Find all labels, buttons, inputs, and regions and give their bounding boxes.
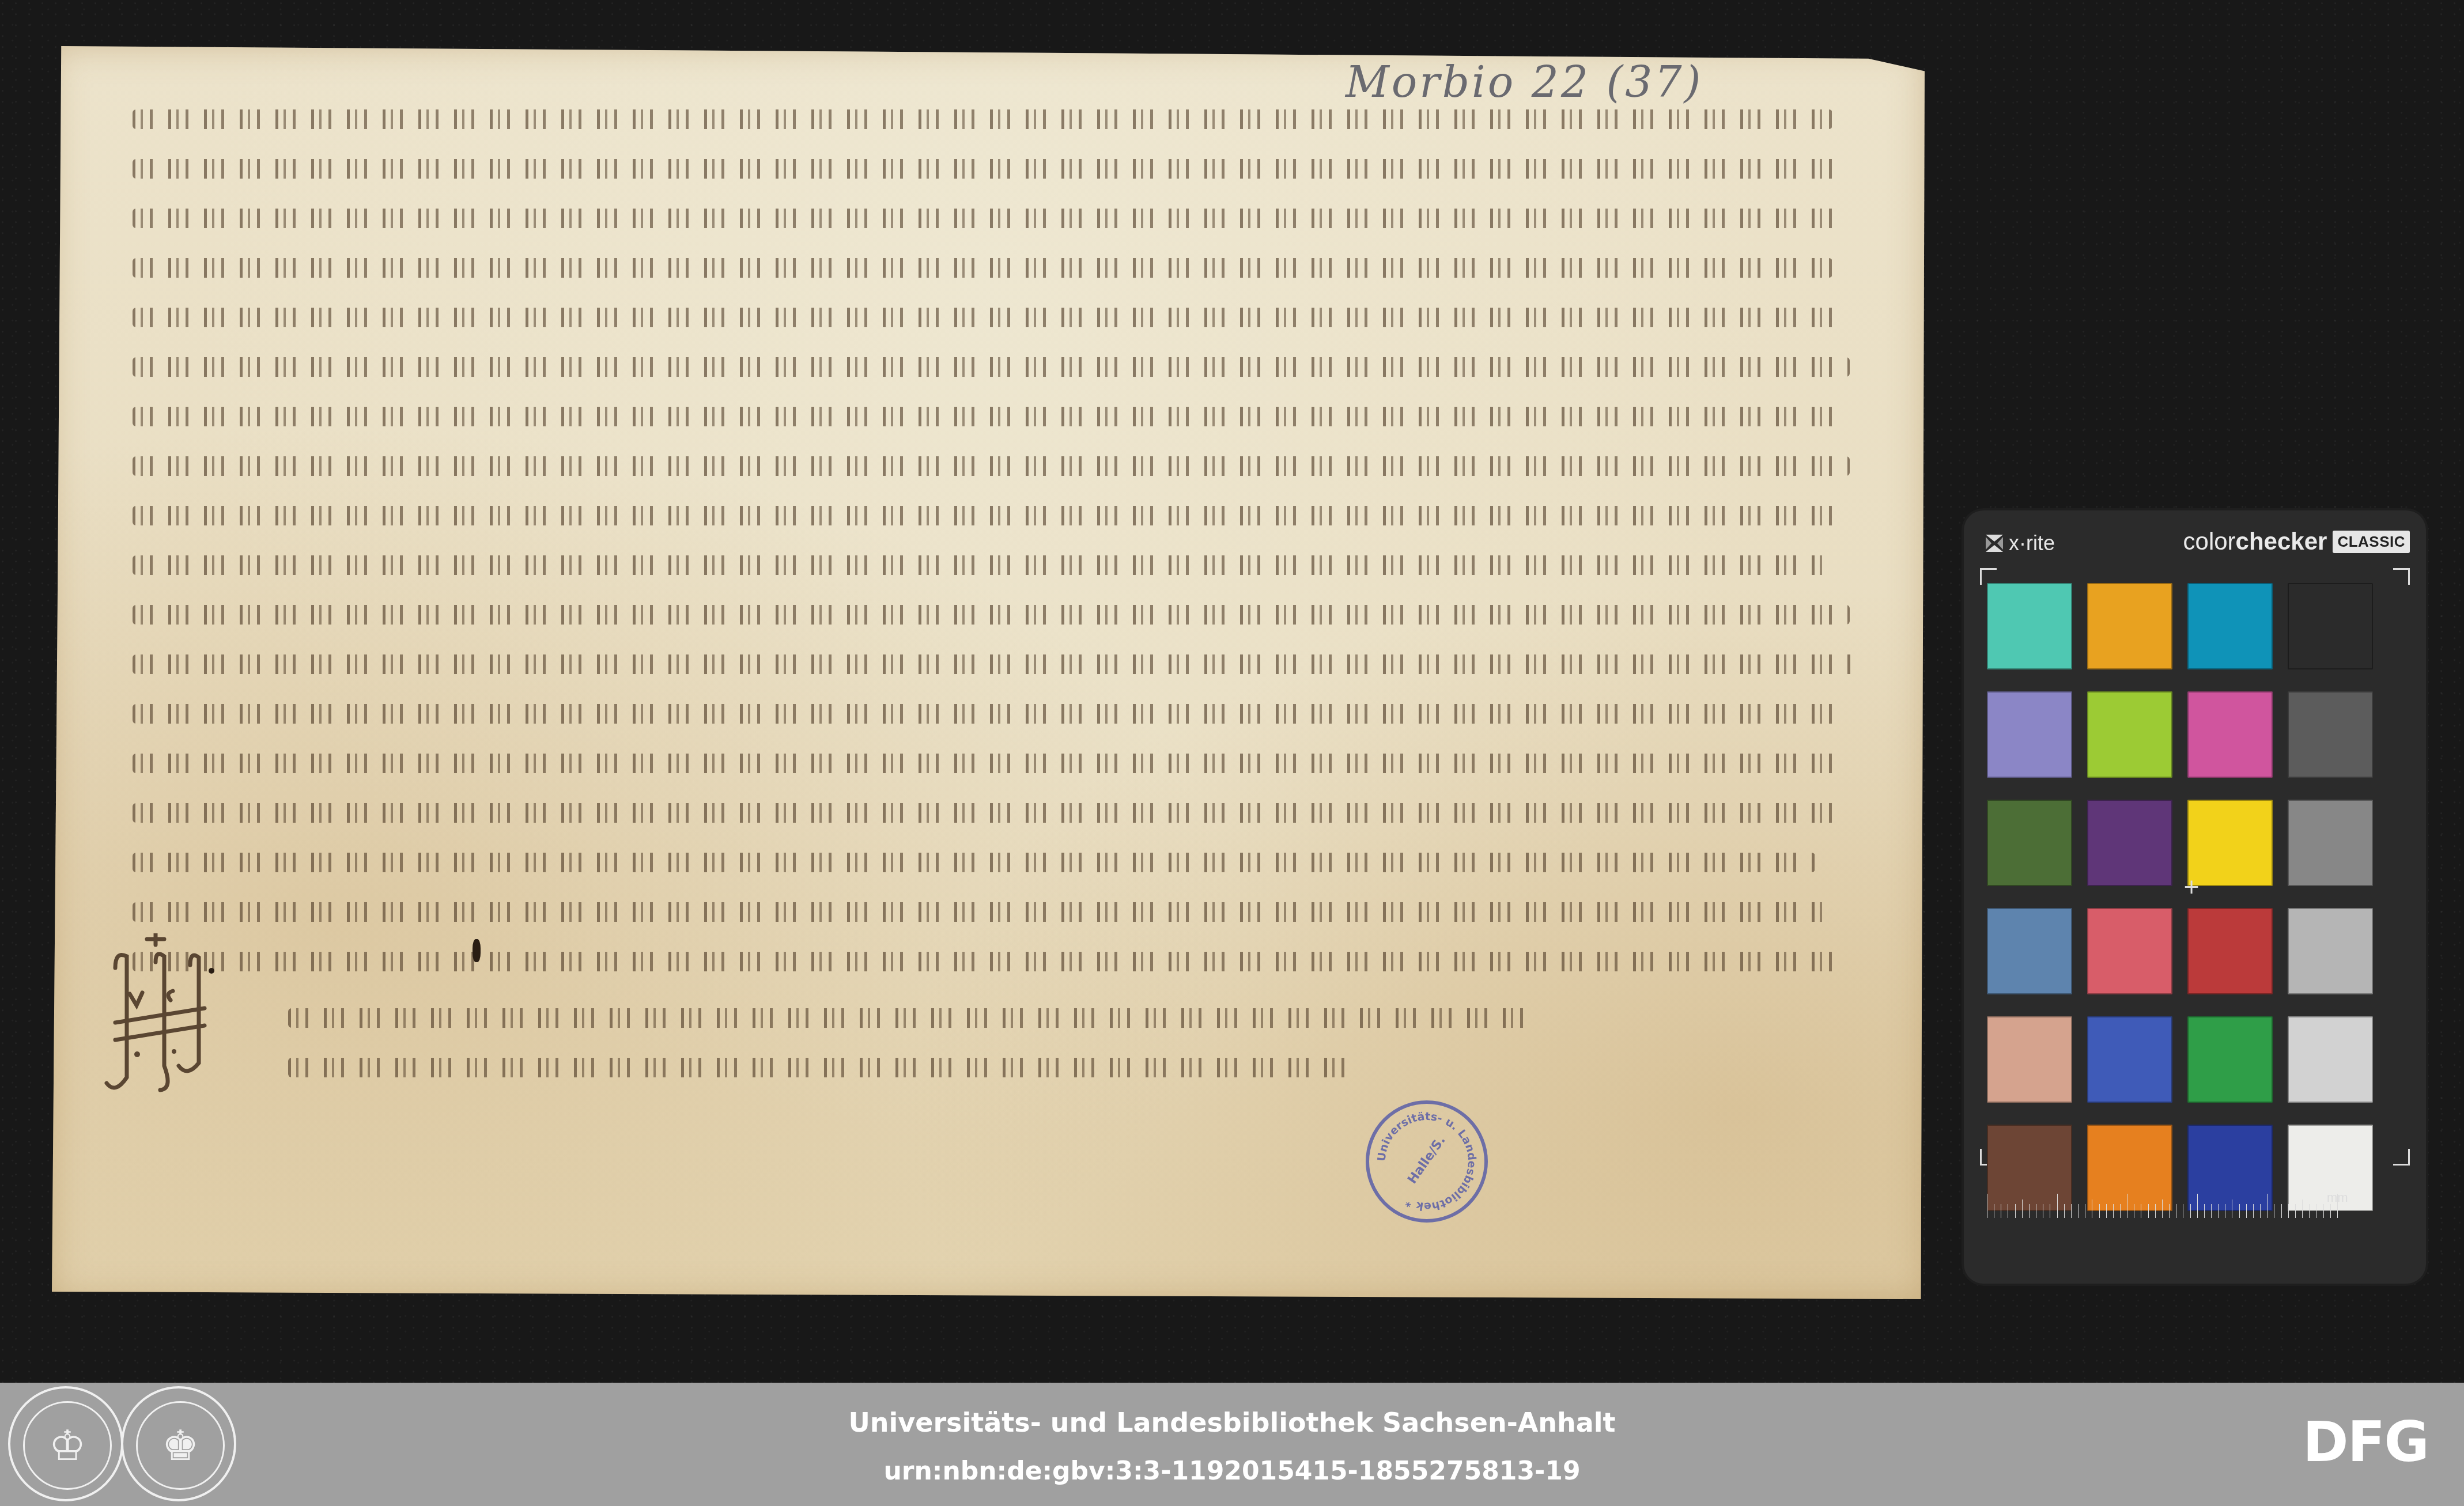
handwriting-ink (133, 754, 1838, 773)
color-patch-grid (1987, 583, 2373, 1211)
mm-ruler (1987, 1193, 2344, 1218)
ruler-unit-label: mm (2327, 1190, 2348, 1205)
manuscript-line (133, 439, 1890, 489)
color-patch-r1c3 (2187, 583, 2273, 669)
color-patch-r2c4 (2288, 691, 2373, 778)
library-stamp: Universitäts- u. Landesbibliothek * Hall… (1366, 1100, 1488, 1223)
dfg-logo: DFG (2303, 1414, 2428, 1470)
colorchecker-target: x·rite color checker CLASSIC + mm (1964, 510, 2426, 1284)
color-patch-r4c1 (1987, 908, 2072, 994)
color-patch-r2c1 (1987, 691, 2072, 778)
manuscript-line (133, 885, 1890, 934)
persistent-urn[interactable]: urn:nbn:de:gbv:3:3-1192015415-1855275813… (0, 1456, 2464, 1486)
handwriting-ink (133, 803, 1844, 823)
handwriting-ink (133, 654, 1855, 674)
color-patch-r5c4 (2288, 1016, 2373, 1103)
crop-corner-mark (1980, 568, 1997, 585)
ink-blot (473, 939, 481, 962)
color-patch-r4c4 (2288, 908, 2373, 994)
manuscript-line (133, 588, 1890, 637)
title-bold: checker (2236, 528, 2327, 555)
handwriting-ink (133, 952, 1838, 971)
library-footer-banner: ♔ ♚ Universitäts- und Landesbibliothek S… (0, 1383, 2464, 1506)
color-patch-r1c2 (2087, 583, 2172, 669)
colorchecker-title: color checker CLASSIC (2183, 528, 2410, 555)
manuscript-line (133, 241, 1890, 290)
handwriting-ink (133, 506, 1838, 525)
xrite-x-icon (1985, 533, 2004, 553)
handwriting-ink (133, 853, 1815, 872)
color-patch-r2c2 (2087, 691, 2172, 778)
title-light: color (2183, 528, 2236, 555)
color-patch-r1c1 (1987, 583, 2072, 669)
color-patch-r4c3 (2187, 908, 2273, 994)
color-patch-r5c3 (2187, 1016, 2273, 1103)
crop-corner-mark (2393, 1149, 2410, 1166)
manuscript-line (133, 389, 1890, 439)
color-patch-r3c3 (2187, 800, 2273, 886)
manuscript-line (133, 191, 1890, 241)
handwriting-ink (133, 209, 1844, 228)
xrite-logo: x·rite (1985, 531, 2055, 555)
color-patch-r4c2 (2087, 908, 2172, 994)
manuscript-text-block (133, 92, 1890, 984)
color-patch-r1c4 (2288, 583, 2373, 669)
subscription-line (288, 991, 1613, 1040)
xrite-brand-text: x·rite (2009, 531, 2055, 555)
crop-corner-mark (2393, 568, 2410, 585)
subscription-line (288, 1040, 1613, 1090)
handwriting-ink (133, 258, 1832, 278)
manuscript-line (133, 489, 1890, 538)
institution-name: Universitäts- und Landesbibliothek Sachs… (0, 1407, 2464, 1438)
handwriting-ink (133, 159, 1838, 179)
handwriting-ink (133, 704, 1838, 724)
handwriting-ink (288, 1058, 1354, 1077)
handwriting-ink (133, 109, 1832, 129)
handwriting-ink (133, 357, 1850, 377)
manuscript-line (133, 538, 1890, 588)
manuscript-line (133, 934, 1890, 984)
handwriting-ink (133, 456, 1850, 476)
manuscript-line (133, 340, 1890, 389)
color-patch-r3c1 (1987, 800, 2072, 886)
color-patch-r2c3 (2187, 691, 2273, 778)
manuscript-line (133, 835, 1890, 885)
manuscript-line (133, 786, 1890, 835)
manuscript-line (133, 290, 1890, 340)
manuscript-line (133, 736, 1890, 786)
notarial-subscription-text (288, 991, 1613, 1090)
manuscript-line (133, 142, 1890, 191)
color-patch-r3c4 (2288, 800, 2373, 886)
crosshair-icon: + (2183, 877, 2200, 898)
handwriting-ink (133, 902, 1827, 922)
handwriting-ink (133, 308, 1838, 327)
notarial-signum-icon (92, 933, 282, 1100)
handwriting-ink (133, 407, 1838, 426)
handwriting-ink (133, 605, 1850, 625)
manuscript-line (133, 92, 1890, 142)
color-patch-r5c2 (2087, 1016, 2172, 1103)
manuscript-line (133, 687, 1890, 736)
manuscript-line (133, 637, 1890, 687)
handwriting-ink (133, 555, 1827, 575)
classic-badge: CLASSIC (2333, 531, 2410, 553)
ink-dot (209, 968, 214, 974)
color-patch-r5c1 (1987, 1016, 2072, 1103)
color-patch-r3c2 (2087, 800, 2172, 886)
handwriting-ink (288, 1008, 1527, 1028)
